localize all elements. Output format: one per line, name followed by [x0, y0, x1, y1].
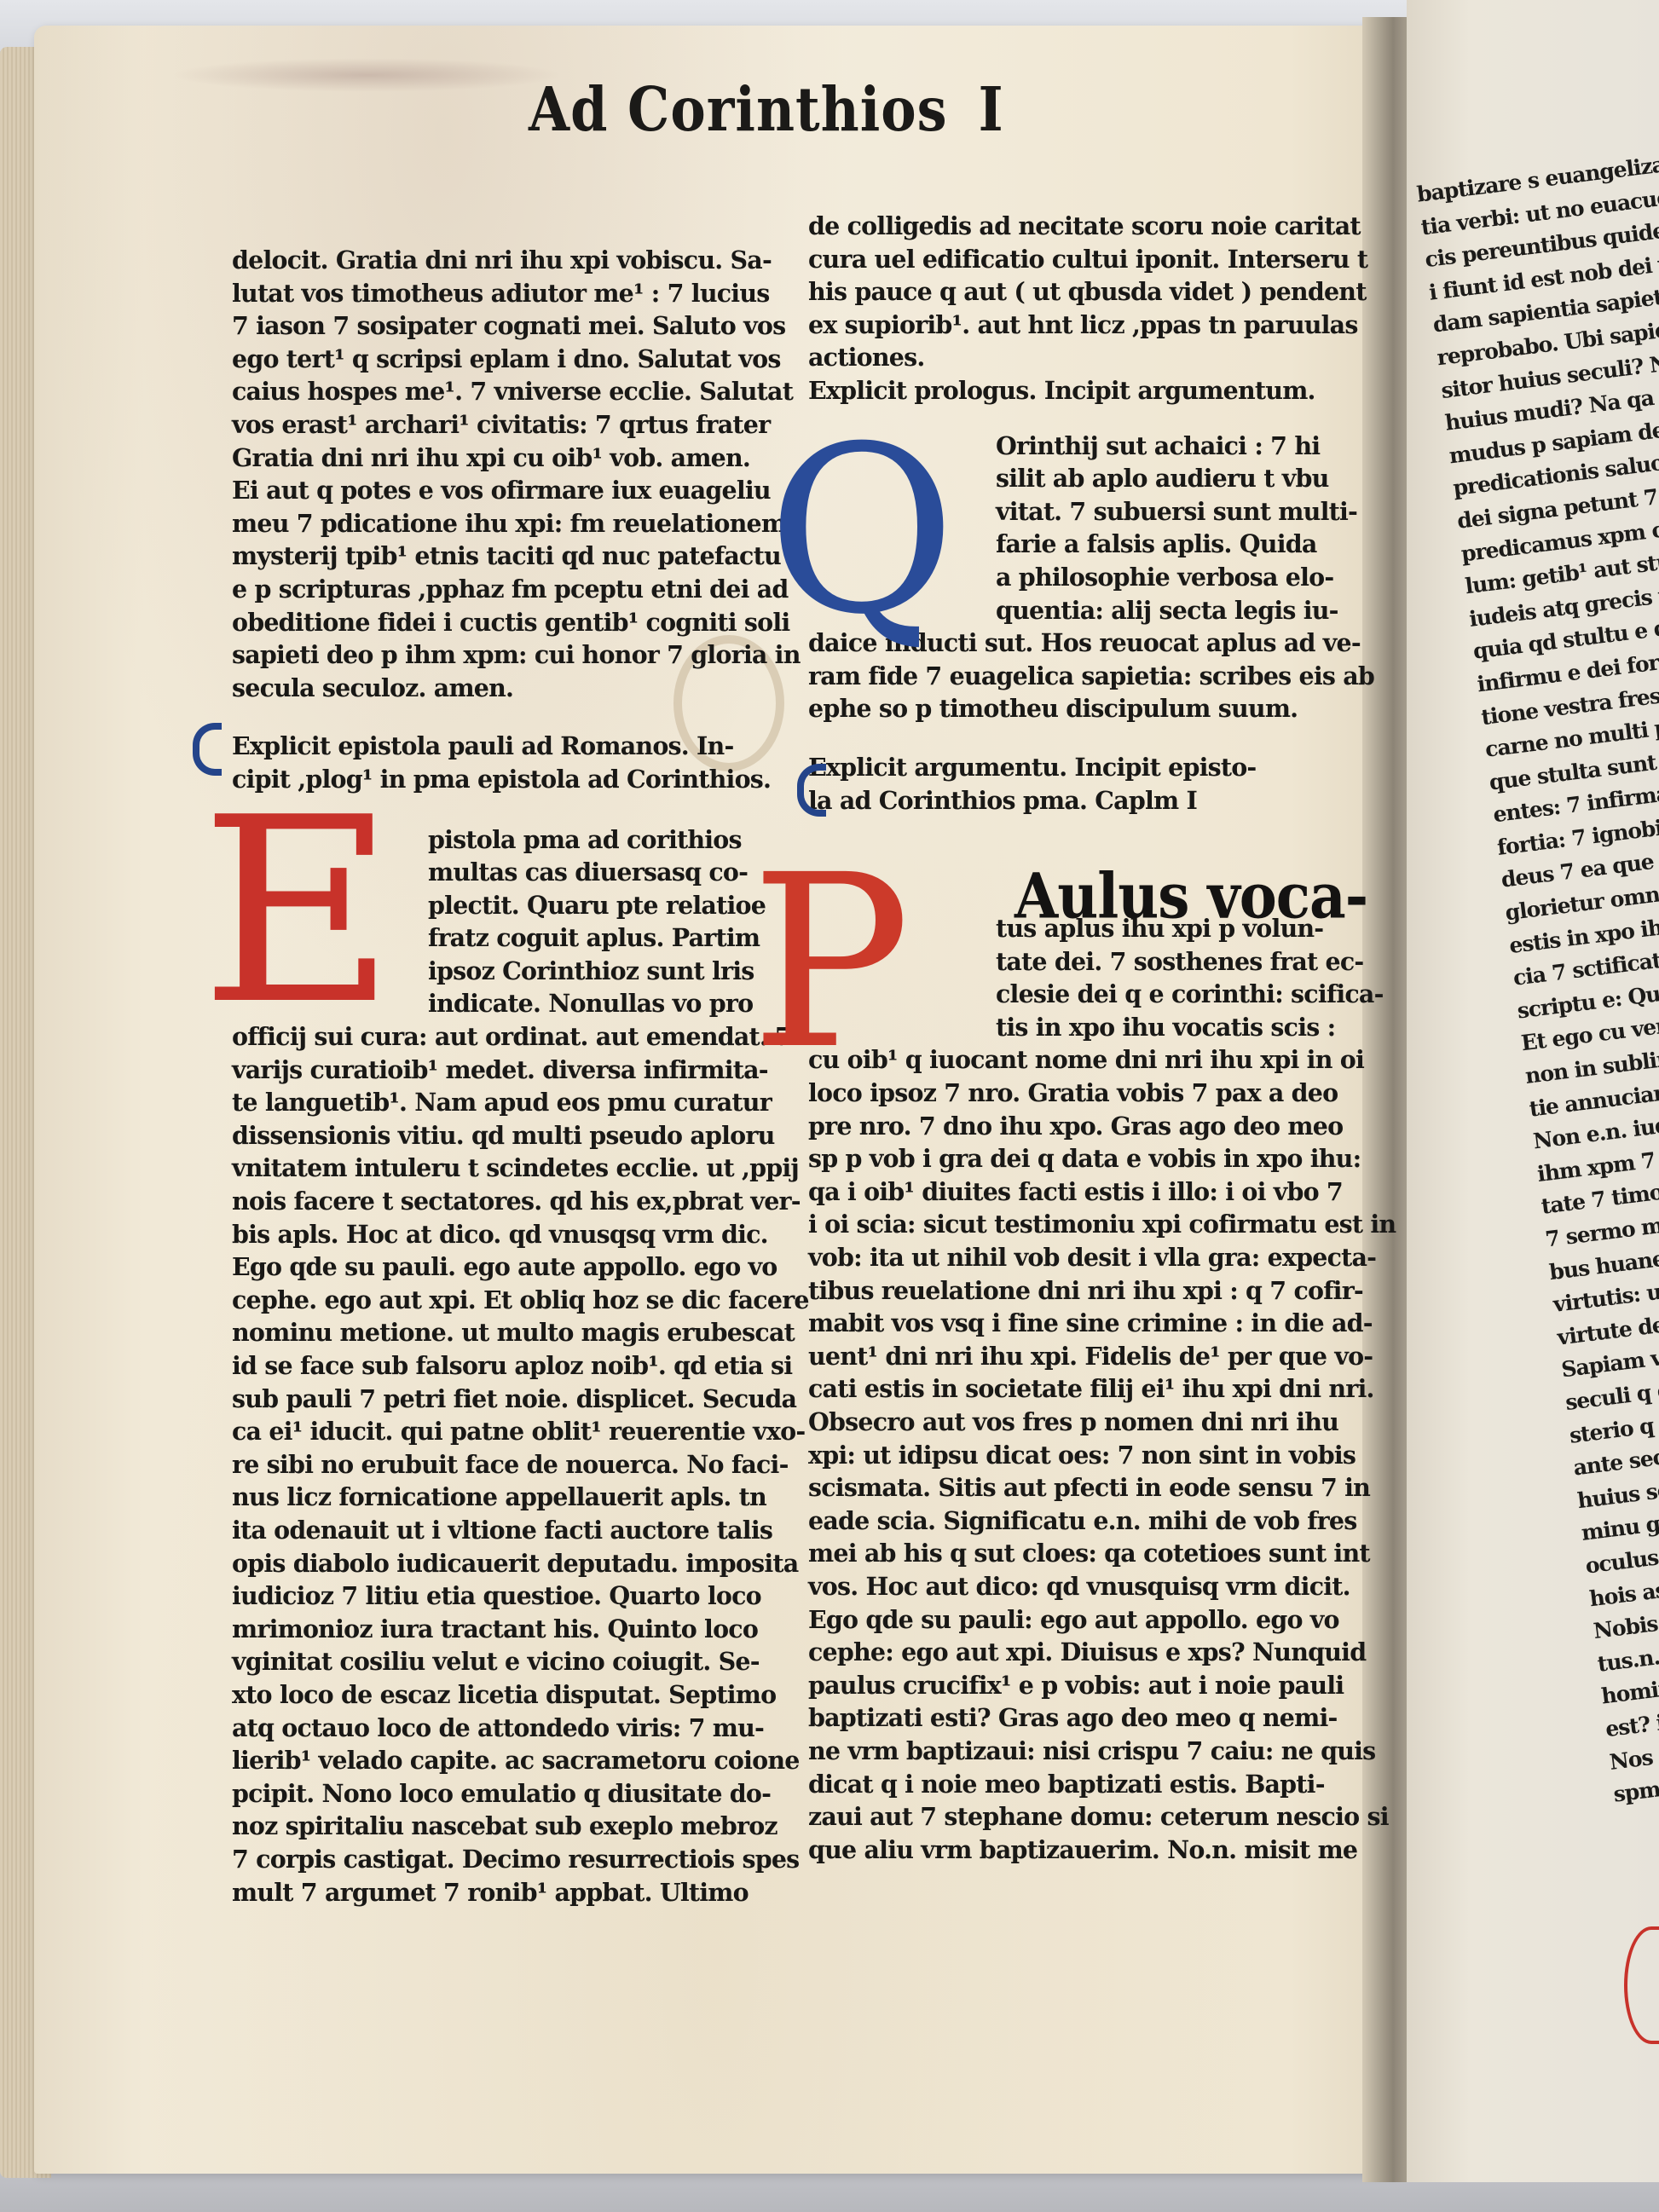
water-stain — [171, 58, 563, 92]
text-line: meu 7 pdicatione ihu xpi: fm reuelatione… — [232, 507, 777, 540]
text-line: eade scia. Significatu e.n. mihi de vob … — [808, 1505, 1362, 1538]
text-line: xto loco de escaz licetia disputat. Sept… — [232, 1678, 777, 1712]
text-line: mei ab his q sut cloes: qa cotetioes sun… — [808, 1537, 1362, 1570]
text-line: ne vrm baptizaui: nisi crispu 7 caiu: ne… — [808, 1735, 1362, 1768]
text-line: dissensionis vitiu. qd multi pseudo aplo… — [232, 1119, 777, 1152]
text-line: i oi scia: sicut testimoniu xpi cofirmat… — [808, 1208, 1362, 1241]
text-line: pcipit. Nono loco emulatio q diusitate d… — [232, 1777, 777, 1811]
folio-number: I — [979, 74, 1004, 146]
red-initial-e: E — [200, 784, 396, 1040]
running-head: Ad CorinthiosI — [529, 74, 1004, 146]
text-line: sapieti deo p ihm xpm: cui honor 7 glori… — [232, 638, 777, 672]
text-line: que aliu vrm baptizauerim. No.n. misit m… — [808, 1834, 1362, 1867]
text-line: nus licz fornicatione appellauerit apls.… — [232, 1481, 777, 1514]
text-line: lutat vos timotheus adiutor me¹ : 7 luci… — [232, 277, 777, 310]
left-column-top-block: delocit. Gratia dni nri ihu xpi vobiscu.… — [232, 244, 777, 704]
text-line: vnitatem intuleru t scindetes ecclie. ut… — [232, 1152, 777, 1185]
text-line: ego tert¹ q scripsi eplam i dno. Salutat… — [232, 343, 777, 376]
text-line: re sibi no erubuit face de nouerca. No f… — [232, 1448, 777, 1481]
text-line: pre nro. 7 dno ihu xpo. Gras ago deo meo — [808, 1110, 1362, 1143]
rubric-line: la ad Corinthios pma. Caplm I — [808, 784, 1362, 817]
text-line: atq octauo loco de attondedo viris: 7 mu… — [232, 1712, 777, 1745]
text-line: mrimonioz iura tractant his. Quinto loco — [232, 1613, 777, 1646]
text-line: 7 iason 7 sosipater cognati mei. Saluto … — [232, 309, 777, 343]
text-line: scismata. Sitis aut pfecti in eode sensu… — [808, 1471, 1362, 1505]
text-line: Gratia dni nri ihu xpi cu oib¹ vob. amen… — [232, 442, 777, 475]
blue-initial-q: Q — [767, 416, 956, 646]
rubric-explicit-argumentum: Explicit argumentu. Incipit episto- la a… — [808, 751, 1362, 817]
text-line: obeditione fidei i cuctis gentib¹ cognit… — [232, 606, 777, 639]
chapter-body: cu oib¹ q iuocant nome dni nri ihu xpi i… — [808, 1043, 1362, 1866]
text-line: ephe so p timotheu discipulum suum. — [808, 692, 1362, 725]
text-line: 7 corpis castigat. Decimo resurrectiois … — [232, 1843, 777, 1876]
facing-page-text: baptizare s euangelizare: no in sapien- … — [1415, 146, 1659, 1811]
text-line: mysterij tpib¹ etnis taciti qd nuc patef… — [232, 540, 777, 573]
text-line: cephe. ego aut xpi. Et obliq hoz se dic … — [232, 1284, 777, 1317]
text-line: cephe: ego aut xpi. Diuisus e xps? Nunqu… — [808, 1636, 1362, 1669]
text-line: e p scripturas ,pphaz fm pceptu etni dei… — [232, 573, 777, 606]
running-head-title: Ad Corinthios — [529, 74, 948, 146]
text-line: zaui aut 7 stephane domu: ceterum nescio… — [808, 1800, 1362, 1834]
text-line: dicat q i noie meo baptizati estis. Bapt… — [808, 1768, 1362, 1801]
text-line: Ei aut q potes e vos ofirmare iux euagel… — [232, 474, 777, 507]
text-line: noz spiritaliu nascebat sub exeplo mebro… — [232, 1810, 777, 1843]
text-line: mult 7 argumet 7 ronib¹ appbat. Ultimo — [232, 1876, 777, 1909]
text-line: cati estis in societate filij ei¹ ihu xp… — [808, 1372, 1362, 1406]
prologue-body: officij sui cura: aut ordinat. aut emend… — [232, 1020, 777, 1909]
text-line: te languetib¹. Nam apud eos pmu curatur — [232, 1086, 777, 1119]
text-line: opis diabolo iudicauerit deputadu. impos… — [232, 1547, 777, 1580]
text-line: xpi: ut idipsu dicat oes: 7 non sint in … — [808, 1439, 1362, 1472]
text-line: id se face sub falsoru aploz noib¹. qd e… — [232, 1349, 777, 1383]
facing-page: baptizare s euangelizare: no in sapien- … — [1407, 0, 1659, 2182]
text-line: delocit. Gratia dni nri ihu xpi vobiscu.… — [232, 244, 777, 277]
text-line: cura uel edificatio cultui iponit. Inter… — [808, 243, 1362, 276]
text-line: caius hospes me¹. 7 vniverse ecclie. Sal… — [232, 375, 777, 408]
prologue-end-block: de colligedis ad necitate scoru noie car… — [808, 210, 1362, 407]
text-line: vginitat cosiliu velut e vicino coiugit.… — [232, 1645, 777, 1678]
text-line: paulus crucifix¹ e p vobis: aut i noie p… — [808, 1669, 1362, 1702]
text-line: bis apls. Hoc at dico. qd vnusqsq vrm di… — [232, 1218, 777, 1251]
text-line: Obsecro aut vos fres p nomen dni nri ihu — [808, 1406, 1362, 1439]
rubric-line: Explicit epistola pauli ad Romanos. In- — [232, 730, 777, 763]
text-line: ca ei¹ iducit. qui patne oblit¹ reuerent… — [232, 1415, 777, 1448]
text-line: iudicioz 7 litiu etia questioe. Quarto l… — [232, 1580, 777, 1613]
text-line: secula seculoz. amen. — [232, 672, 777, 705]
left-text-column: delocit. Gratia dni nri ihu xpi vobiscu.… — [232, 244, 777, 1909]
text-line: his pauce q aut ( ut qbusda videt ) pend… — [808, 275, 1362, 309]
text-line: actiones. — [808, 341, 1362, 374]
text-line: baptizati esti? Gras ago deo meo q nemi- — [808, 1701, 1362, 1735]
text-line: de colligedis ad necitate scoru noie car… — [808, 210, 1362, 243]
text-line: mabit vos vsq i fine sine crimine : in d… — [808, 1307, 1362, 1340]
blue-paragraph-mark-icon — [797, 764, 826, 817]
text-line: tibus reuelatione dni nri ihu xpi : q 7 … — [808, 1274, 1362, 1308]
text-line: uent¹ dni nri ihu xpi. Fidelis de¹ per q… — [808, 1340, 1362, 1373]
book-gutter — [1362, 17, 1413, 2182]
text-line: vob: ita ut nihil vob desit i vlla gra: … — [808, 1241, 1362, 1274]
text-line: ex supiorib¹. aut hnt licz ,ppas tn paru… — [808, 309, 1362, 342]
rubric-line: Explicit argumentu. Incipit episto- — [808, 751, 1362, 784]
text-line: Ego qde su pauli: ego aut appollo. ego v… — [808, 1603, 1362, 1637]
text-line: nominu metione. ut multo magis erubescat — [232, 1316, 777, 1349]
text-line: Ego qde su pauli. ego aute appollo. ego … — [232, 1250, 777, 1284]
text-line: sp p vob i gra dei q data e vobis in xpo… — [808, 1142, 1362, 1175]
text-line: vos. Hoc aut dico: qd vnusquisq vrm dici… — [808, 1570, 1362, 1603]
text-line: nois facere t sectatores. qd his ex,pbra… — [232, 1185, 777, 1218]
facing-red-initial-fragment — [1624, 1926, 1659, 2044]
text-line: qa i oib¹ diuites facti estis i illo: i … — [808, 1175, 1362, 1209]
text-line: sub pauli 7 petri fiet noie. displicet. … — [232, 1383, 777, 1416]
text-line: ita odenauit ut i vltione facti auctore … — [232, 1514, 777, 1547]
text-line: vos erast¹ archari¹ civitatis: 7 qrtus f… — [232, 408, 777, 442]
text-line: lierib¹ velado capite. ac sacrametoru co… — [232, 1744, 777, 1777]
incipit-large-text: Aulus voca- — [1014, 859, 1367, 933]
red-initial-p: P — [750, 844, 910, 1083]
